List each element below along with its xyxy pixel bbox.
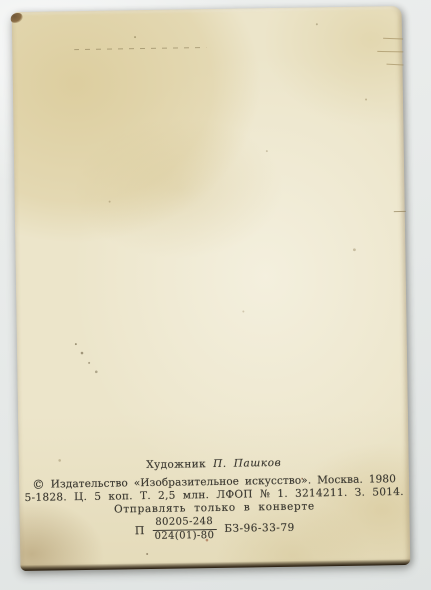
index-prefix: П xyxy=(135,524,145,537)
edge-tear-mark xyxy=(386,64,403,66)
artist-label: Художник xyxy=(146,458,206,471)
postcard-back: ХудожникП. Пашков ©Издательство «Изобраз… xyxy=(12,6,411,571)
index-suffix: БЗ-96-33-79 xyxy=(224,521,295,535)
photo-background: ХудожникП. Пашков ©Издательство «Изобраз… xyxy=(0,0,431,590)
copyright-icon: © xyxy=(32,477,45,492)
edge-tear-mark xyxy=(377,51,403,52)
paper-speckles xyxy=(12,12,14,14)
catalog-index-line: П 80205-248 024(01)-80 БЗ-96-33-79 xyxy=(20,514,410,544)
scratch-line xyxy=(74,47,206,50)
edge-tear-mark xyxy=(394,211,406,212)
corner-damage-mark xyxy=(11,13,23,23)
artist-name: П. Пашков xyxy=(213,457,281,470)
card-bottom-edge-shadow xyxy=(20,559,410,571)
index-numerator: 80205-248 xyxy=(152,517,216,531)
index-fraction: 80205-248 024(01)-80 xyxy=(152,517,216,542)
index-denominator: 024(01)-80 xyxy=(154,529,214,541)
artist-credit-line: ХудожникП. Пашков xyxy=(19,455,409,474)
imprint-block: ХудожникП. Пашков ©Издательство «Изобраз… xyxy=(19,455,410,544)
edge-tear-mark xyxy=(383,38,403,40)
